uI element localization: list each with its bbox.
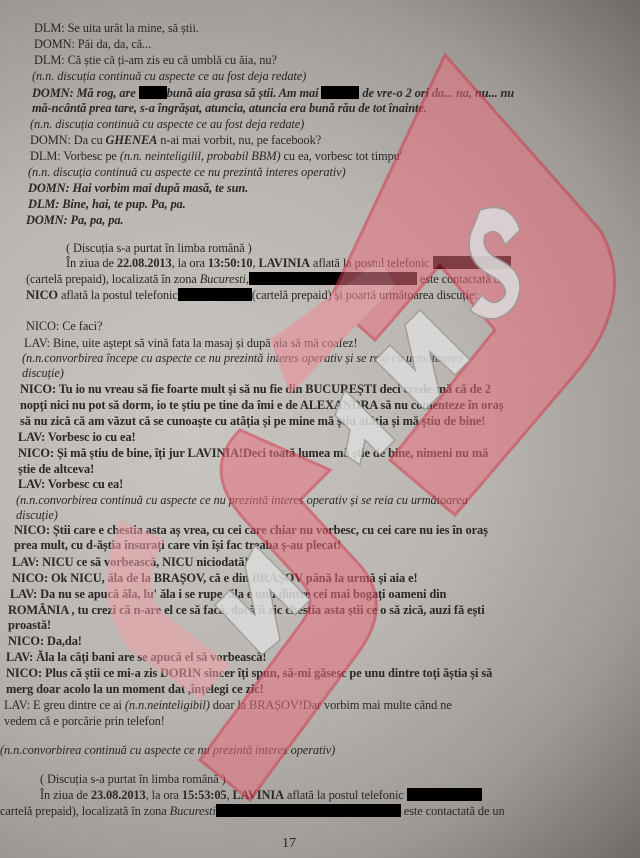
text-run: este contactată de — [417, 272, 506, 286]
text-run: aflată la postul telefonic — [310, 256, 433, 270]
text-run: prea mult, cu d-ăștia însurați care vin … — [14, 538, 341, 552]
text-run: GHENEA — [106, 133, 158, 147]
text-run: proastă! — [8, 618, 51, 632]
text-run: ( Discuția s-a purtat în limba română ) — [40, 772, 226, 786]
document-line: LAV: Ăla la câți bani are se apucă el să… — [6, 650, 266, 665]
text-run: În ziua de — [40, 788, 91, 802]
redaction-bar — [216, 804, 401, 817]
text-run: NICO: Știi care e chestia asta aș vrea, … — [14, 523, 488, 537]
text-run: NICO: Ce faci? — [26, 319, 102, 333]
text-run: (n.n. neinteligilil, probabil BBM) — [120, 149, 281, 163]
text-run: NICO: Da,da! — [8, 634, 82, 648]
text-run: Bucuresti, — [200, 272, 249, 286]
text-run: ROMÂNIA , tu crezi că n-are el ce să fac… — [8, 603, 485, 617]
document-line: ( Discuția s-a purtat în limba română ) — [66, 241, 252, 256]
text-run: NICO — [26, 288, 58, 302]
text-run: , la ora — [146, 788, 182, 802]
text-run: (cartelă prepaid) și poartă următoarea d… — [252, 288, 478, 302]
text-run: cartelă prepaid), localizată în zona — [0, 804, 170, 818]
text-run: este contactată de un — [401, 804, 505, 818]
text-run: LAV: Vorbesc cu ea! — [18, 477, 123, 491]
document-line: ( Discuția s-a purtat în limba română ) — [40, 772, 226, 787]
text-run: (cartelă prepaid), localizată în zona — [26, 272, 200, 286]
text-run: LAVINIA — [233, 788, 284, 802]
redaction-bar — [407, 788, 482, 801]
document-line: LAV: Vorbesc io cu ea! — [18, 430, 136, 445]
document-line: DLM: Că știe că ți-am zis eu că umblă cu… — [34, 53, 277, 68]
text-run: (n.n.convorbirea continuă cu aspecte ce … — [0, 743, 335, 757]
text-run: NICO: Și mă știu de bine, îți jur LAVINI… — [18, 446, 488, 460]
text-run: NICO: Ok NICU, ăla de la BRAȘOV, că e di… — [12, 571, 418, 585]
document-line: LAV: Vorbesc cu ea! — [18, 477, 123, 492]
text-run: (n.n. discuția continuă cu aspecte ce au… — [30, 117, 304, 131]
document-line: să nu zică că am văzut că se cunoaște cu… — [20, 414, 485, 429]
text-run: LAVINIA — [259, 256, 310, 270]
text-run: (n.n. discuția continuă cu aspecte ce nu… — [28, 165, 346, 179]
document-line: (n.n. discuția continuă cu aspecte ce au… — [32, 69, 306, 84]
document-line: NICO: Și mă știu de bine, îți jur LAVINI… — [18, 446, 488, 461]
text-run: (n.n.convorbirea începe cu aspecte ce nu… — [22, 351, 463, 365]
document-line: NICO: Tu io nu vreau să fie foarte mult … — [20, 382, 491, 397]
text-run: DOMN: Da cu — [30, 133, 106, 147]
text-run: nopți nici nu pot să dorm, io te știu pe… — [20, 398, 503, 412]
redaction-bar — [249, 272, 417, 285]
text-run: n-ai mai vorbit, nu, pe facebook? — [157, 133, 321, 147]
text-run: discuție) — [16, 508, 58, 522]
text-run: DOMN: Pa, pa, pa. — [26, 213, 123, 227]
text-run: mă-ncântă prea tare, s-a îngrășat, atunc… — [32, 101, 427, 115]
document-line: (n.n.convorbirea continuă cu aspecte ce … — [16, 493, 468, 508]
document-line: NICO aflată la postul telefonic(cartelă … — [26, 288, 478, 303]
document-line: LAV: Bine, uite aștept să vină fata la m… — [24, 336, 358, 351]
text-run: DLM: Că știe că ți-am zis eu că umblă cu… — [34, 53, 277, 67]
text-run: DOMN: Mă rog, are — [32, 86, 139, 100]
text-run: LAV: Bine, uite aștept să vină fata la m… — [24, 336, 358, 350]
text-run: (n.n. discuția continuă cu aspecte ce au… — [32, 69, 306, 83]
document-line: LAV: Da nu se apucă ăla, lu' ăla i se ru… — [10, 587, 446, 602]
text-run: DLM: Bine, hai, te pup. Pa, pa. — [28, 197, 186, 211]
document-line: NICO: Ce faci? — [26, 319, 102, 334]
text-run: DOMN: Hai vorbim mai după masă, te sun. — [28, 181, 248, 195]
document-line: merg doar acolo la un moment dat ,înțele… — [6, 682, 264, 697]
text-run: cu ea, vorbesc tot timpu' — [280, 149, 401, 163]
document-line: DOMN: Păi da, da, că... — [34, 37, 151, 52]
text-run: 22.08.2013 — [117, 256, 172, 270]
document-line: (cartelă prepaid), localizată în zona Bu… — [26, 272, 505, 287]
text-run: (n.n.neinteligibil) — [125, 698, 210, 712]
text-run: LAV: Vorbesc io cu ea! — [18, 430, 136, 444]
document-line: discuție) — [16, 508, 58, 523]
text-run: să nu zică că am văzut că se cunoaște cu… — [20, 414, 485, 428]
text-run: discuție) — [22, 366, 64, 380]
page-number: 17 — [282, 836, 296, 852]
text-run: știe de altceva! — [18, 462, 94, 476]
document-line: (n.n. discuția continuă cu aspecte ce au… — [30, 117, 304, 132]
document-line: În ziua de 23.08.2013, la ora 15:53:05, … — [40, 788, 482, 803]
redaction-bar — [321, 86, 359, 99]
document-page: DLM: Se uita urât la mine, să știi.DOMN:… — [0, 0, 640, 858]
text-run: (n.n.convorbirea continuă cu aspecte ce … — [16, 493, 468, 507]
redaction-bar — [178, 288, 252, 301]
text-run: LAV: Ăla la câți bani are se apucă el să… — [6, 650, 266, 664]
text-run: ( Discuția s-a purtat în limba română ) — [66, 241, 252, 255]
text-run: LAV: Da nu se apucă ăla, lu' ăla i se ru… — [10, 587, 446, 601]
document-line: vedem că e porcărie prin telefon! — [4, 714, 165, 729]
document-line: ROMÂNIA , tu crezi că n-are el ce să fac… — [8, 603, 485, 618]
text-run: NICO: Plus că știi ce mi-a zis DORIN sin… — [6, 666, 492, 680]
text-run: LAV: E greu dintre ce ai — [4, 698, 125, 712]
text-run: aflată la postul telefonic — [58, 288, 178, 302]
text-run: vedem că e porcărie prin telefon! — [4, 714, 165, 728]
document-line: LAV: NICU ce să vorbească, NICU niciodat… — [12, 555, 248, 570]
document-line: În ziua de 22.08.2013, la ora 13:50:10, … — [66, 256, 511, 271]
document-line: (n.n.convorbirea începe cu aspecte ce nu… — [22, 351, 463, 366]
document-line: NICO: Da,da! — [8, 634, 82, 649]
document-line: NICO: Știi care e chestia asta aș vrea, … — [14, 523, 488, 538]
document-line: cartelă prepaid), localizată în zona Buc… — [0, 804, 505, 819]
text-run: 15:53:05 — [182, 788, 227, 802]
document-line: LAV: E greu dintre ce ai (n.n.neinteligi… — [4, 698, 452, 713]
document-line: DOMN: Pa, pa, pa. — [26, 213, 123, 228]
text-run: , la ora — [172, 256, 208, 270]
document-line: NICO: Plus că știi ce mi-a zis DORIN sin… — [6, 666, 492, 681]
text-run: NICO: Tu io nu vreau să fie foarte mult … — [20, 382, 491, 396]
document-line: DOMN: Mă rog, are bună aia grasa să știi… — [32, 86, 514, 101]
document-line: nopți nici nu pot să dorm, io te știu pe… — [20, 398, 503, 413]
text-run: de vre-o 2 ori da... na, nu... nu — [359, 86, 514, 100]
text-run: aflată la postul telefonic — [284, 788, 407, 802]
text-run: DLM: Se uita urât la mine, să știi. — [34, 21, 199, 35]
text-run: LAV: NICU ce să vorbească, NICU niciodat… — [12, 555, 248, 569]
document-line: mă-ncântă prea tare, s-a îngrășat, atunc… — [32, 101, 427, 116]
redaction-bar — [433, 256, 511, 269]
document-line: DLM: Vorbesc pe (n.n. neinteligilil, pro… — [30, 149, 402, 164]
document-line: DLM: Se uita urât la mine, să știi. — [34, 21, 199, 36]
document-line: DLM: Bine, hai, te pup. Pa, pa. — [28, 197, 186, 212]
text-run: bună aia grasa să știi. Am mai — [167, 86, 322, 100]
document-line: DOMN: Hai vorbim mai după masă, te sun. — [28, 181, 248, 196]
text-run: doar la BRAȘOV!Dar vorbim mai multe când… — [210, 698, 452, 712]
text-run: merg doar acolo la un moment dat ,înțele… — [6, 682, 264, 696]
document-line: știe de altceva! — [18, 462, 94, 477]
text-run: 13:50:10 — [208, 256, 253, 270]
document-line: (n.n. discuția continuă cu aspecte ce nu… — [28, 165, 346, 180]
text-run: În ziua de — [66, 256, 117, 270]
document-line: proastă! — [8, 618, 51, 633]
document-line: discuție) — [22, 366, 64, 381]
document-line: DOMN: Da cu GHENEA n-ai mai vorbit, nu, … — [30, 133, 321, 148]
redaction-bar — [139, 86, 167, 99]
text-run: 23.08.2013 — [91, 788, 146, 802]
document-line: prea mult, cu d-ăștia însurați care vin … — [14, 538, 341, 553]
document-line: (n.n.convorbirea continuă cu aspecte ce … — [0, 743, 335, 758]
document-line: NICO: Ok NICU, ăla de la BRAȘOV, că e di… — [12, 571, 418, 586]
text-run: DOMN: Păi da, da, că... — [34, 37, 151, 51]
text-run: Bucuresti — [170, 804, 216, 818]
text-run: DLM: Vorbesc pe — [30, 149, 120, 163]
